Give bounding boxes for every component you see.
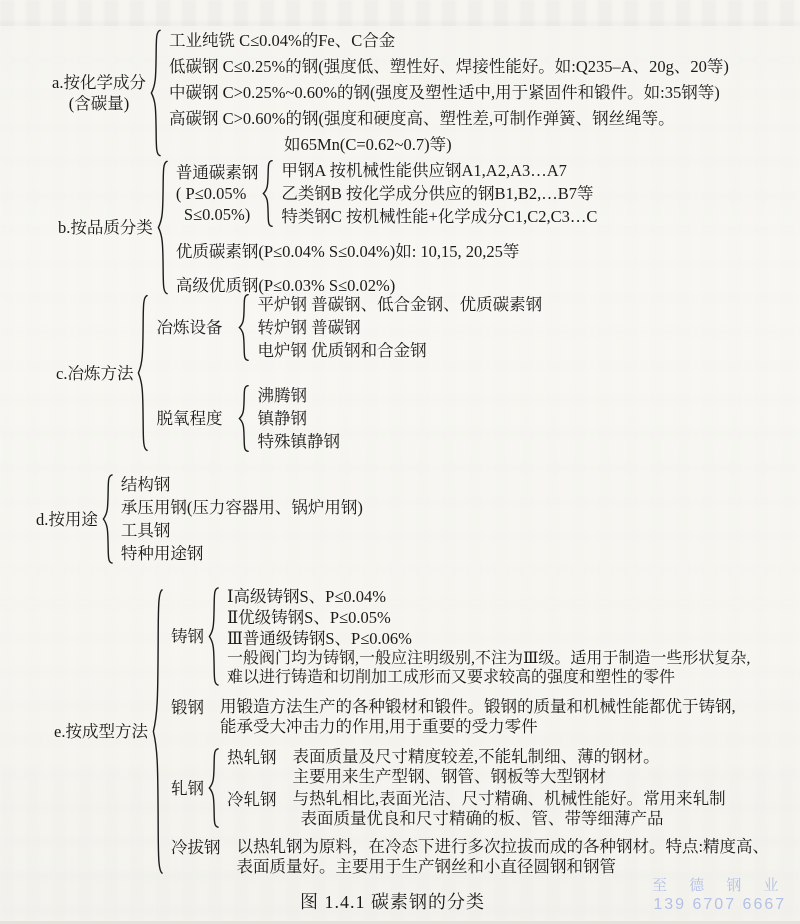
tree-item: 工业纯铣 C≤0.04%的Fe、C合金	[169, 28, 729, 54]
section-a-label-line2: (含碳量)	[52, 93, 146, 114]
ordinary-label-line2: ( P≤0.05%	[176, 183, 259, 204]
section-chemical-composition: a.按化学成分 (含碳量) 工业纯铣 C≤0.04%的Fe、C合金 低碳钢 C≤…	[52, 28, 729, 158]
rolled-steel-group: 轧钢 热轧钢 表面质量及尺寸精度较差,不能轧制细、薄的钢材。 主要用来生产型钢、…	[171, 747, 769, 829]
section-b-label: b.按品质分类	[58, 217, 153, 238]
tree-item: 优质碳素钢(P≤0.04% S≤0.04%)如: 10,15, 20,25等	[176, 238, 597, 262]
smelting-equipment-label: 冶炼设备	[156, 317, 222, 338]
tree-item: Ⅲ普通级铸钢S、P≤0.06%	[227, 628, 750, 649]
cold-rolled-desc: 表面质量优良和尺寸精确的板、管、带等细薄产品	[300, 809, 725, 829]
tree-item: 中碳钢 C>0.25%~0.60%的钢(强度及塑性适中,用于紧固件和锻件。如:3…	[169, 80, 729, 106]
brace-icon	[208, 587, 219, 686]
brace-icon	[102, 474, 113, 564]
tree-item: 乙类钢B 按化学成分供应的钢B1,B2,…B7等	[281, 182, 597, 205]
tree-item: 承压用钢(压力容器用、锅炉用钢)	[121, 496, 363, 519]
brace-icon	[152, 587, 163, 876]
forged-steel-group: 锻钢 用锻造方法生产的各种锻材和锻件。锻钢的质量和机械性能都优于铸钢, 能承受大…	[171, 697, 769, 737]
tree-item: 特类钢C 按机械性能+化学成分C1,C2,C3…C	[281, 205, 597, 228]
cast-steel-note: 一般阀门均为铸钢,一般应注明级别,不注为Ⅲ级。适用于制造一些形状复杂,	[227, 649, 750, 668]
tree-item: 特种用途钢	[121, 542, 363, 565]
brace-icon	[157, 160, 168, 295]
section-forming-method: e.按成型方法 铸钢 Ⅰ高级铸钢S、P≤0.04% Ⅱ优级铸钢S、P≤0.05%…	[54, 586, 769, 877]
tree-item: 工具钢	[121, 519, 363, 542]
tree-item: Ⅱ优级铸钢S、P≤0.05%	[227, 607, 750, 628]
watermark-phone-number: 139 6707 6667	[652, 895, 788, 914]
tree-item: 平炉钢 普碳钢、低合金钢、优质碳素钢	[257, 293, 542, 316]
rolled-steel-label: 轧钢	[171, 778, 204, 799]
ordinary-label-line1: 普通碳素钢	[176, 162, 259, 183]
cold-drawn-label: 冷拔钢	[171, 837, 221, 858]
forged-steel-desc: 用锻造方法生产的各种锻材和锻件。锻钢的质量和机械性能都优于铸钢,	[220, 697, 736, 717]
brace-icon	[208, 748, 219, 828]
figure-caption: 图 1.4.1 碳素钢的分类	[300, 888, 485, 914]
tree-item: 低碳钢 C≤0.25%的钢(强度低、塑性好、焊接性能好。如:Q235–A、20g…	[169, 54, 729, 80]
brace-icon	[238, 385, 249, 452]
hot-rolled-label: 热轧钢	[227, 747, 277, 768]
smelting-equipment-group: 冶炼设备 平炉钢 普碳钢、低合金钢、优质碳素钢 转炉钢 普碳钢 电炉钢 优质钢和…	[156, 293, 542, 362]
watermark: 至 德 钢 业 139 6707 6667	[652, 876, 788, 914]
tree-item: 甲钢A 按机械性能供应钢A1,A2,A3…A7	[281, 159, 597, 182]
section-c-label: c.冶炼方法	[56, 363, 133, 384]
cold-drawn-desc: 表面质量好。主要用于生产钢丝和小直径圆钢和钢管	[236, 857, 769, 877]
brace-icon	[262, 160, 273, 227]
section-smelting-method: c.冶炼方法 冶炼设备 平炉钢 普碳钢、低合金钢、优质碳素钢 转炉钢 普碳钢 电…	[56, 293, 542, 453]
cold-rolled-group: 冷轧钢 与热轧相比,表面光洁、尺寸精确、机械性能好。常用来轧制 表面质量优良和尺…	[227, 789, 726, 829]
hot-rolled-group: 热轧钢 表面质量及尺寸精度较差,不能轧制细、薄的钢材。 主要用来生产型钢、钢管、…	[227, 747, 726, 787]
brace-icon	[137, 294, 148, 452]
forged-steel-desc: 能承受大冲击力的作用,用于重要的受力零件	[220, 717, 736, 737]
ordinary-label-line3: S≤0.05%)	[184, 204, 259, 225]
hot-rolled-desc: 主要用来生产型钢、钢管、钢板等大型钢材	[292, 767, 659, 787]
deoxidation-degree-group: 脱氧程度 沸腾钢 镇静钢 特殊镇静钢	[156, 384, 542, 453]
cast-steel-label: 铸钢	[171, 626, 204, 647]
tree-item: 镇静钢	[257, 407, 340, 430]
hot-rolled-desc: 表面质量及尺寸精度较差,不能轧制细、薄的钢材。	[292, 747, 659, 767]
tree-item: 高碳钢 C>0.60%的钢(强度和硬度高、塑性差,可制作弹簧、钢丝绳等。	[169, 106, 729, 132]
cold-drawn-group: 冷拔钢 以热轧钢为原料，在冷态下进行多次拉拔而成的各种钢材。特点:精度高、 表面…	[171, 837, 769, 877]
ordinary-carbon-steel-group: 普通碳素钢 ( P≤0.05% S≤0.05%) 甲钢A 按机械性能供应钢A1,…	[176, 159, 597, 228]
tree-item: 特殊镇静钢	[257, 430, 340, 453]
section-a-label-line1: a.按化学成分	[52, 72, 146, 93]
section-a-label: a.按化学成分 (含碳量)	[52, 72, 146, 114]
tree-item: Ⅰ高级铸钢S、P≤0.04%	[227, 586, 750, 607]
tree-item: 沸腾钢	[257, 384, 340, 407]
cast-steel-group: 铸钢 Ⅰ高级铸钢S、P≤0.04% Ⅱ优级铸钢S、P≤0.05% Ⅲ普通级铸钢S…	[171, 586, 769, 687]
tree-item: 电炉钢 优质钢和合金钢	[257, 339, 542, 362]
brace-icon	[150, 29, 161, 157]
section-d-label: d.按用途	[36, 509, 98, 530]
section-e-label: e.按成型方法	[54, 721, 148, 742]
cold-rolled-label: 冷轧钢	[227, 789, 277, 810]
brace-icon	[238, 294, 249, 361]
deoxidation-degree-label: 脱氧程度	[156, 408, 222, 429]
cold-rolled-desc: 与热轧相比,表面光洁、尺寸精确、机械性能好。常用来轧制	[292, 789, 725, 809]
cast-steel-note: 难以进行铸造和切削加工成形而又要求较高的强度和塑性的零件	[227, 668, 750, 687]
tree-item: 转炉钢 普碳钢	[257, 316, 542, 339]
section-by-use: d.按用途 结构钢 承压用钢(压力容器用、锅炉用钢) 工具钢 特种用途钢	[36, 473, 363, 565]
cold-drawn-desc: 以热轧钢为原料，在冷态下进行多次拉拔而成的各种钢材。特点:精度高、	[236, 837, 769, 857]
tree-item: 结构钢	[121, 473, 363, 496]
forged-steel-label: 锻钢	[171, 697, 204, 718]
tree-item-continuation: 如65Mn(C=0.62~0.7)等)	[284, 132, 729, 158]
ordinary-carbon-steel-label: 普通碳素钢 ( P≤0.05% S≤0.05%)	[176, 162, 259, 225]
watermark-company-name: 至 德 钢 业	[652, 876, 788, 895]
scanned-figure-page: a.按化学成分 (含碳量) 工业纯铣 C≤0.04%的Fe、C合金 低碳钢 C≤…	[0, 0, 800, 924]
section-quality: b.按品质分类 普通碳素钢 ( P≤0.05% S≤0.05%) 甲钢A 按机械…	[58, 159, 597, 296]
